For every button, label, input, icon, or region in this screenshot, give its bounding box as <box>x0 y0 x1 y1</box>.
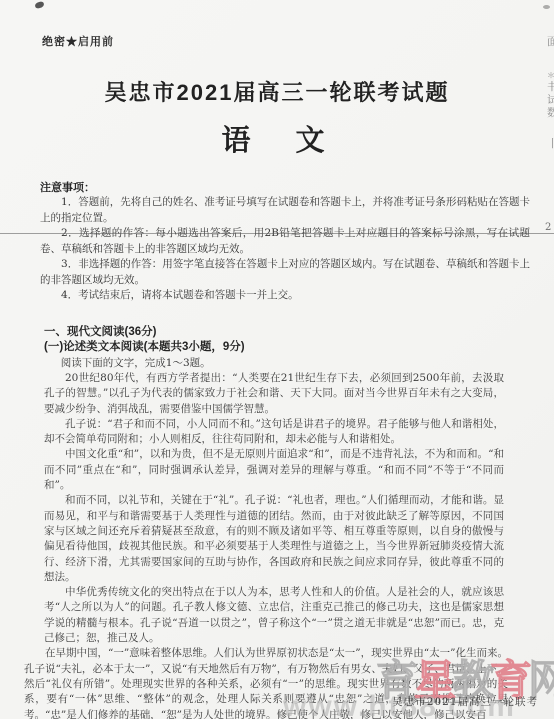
exam-title: 吴忠市2021届高三一轮联考试题 <box>0 76 554 107</box>
notice-item: 2．选择题的作答：每小题选出答案后，用2B铅笔把答题卡上对应题目的答案标号涂黑，… <box>40 226 530 257</box>
security-classification: 绝密★启用前 <box>42 33 554 49</box>
passage-paragraph: 中华优秀传统文化的突出特点在于以人为本，思考人性和人的价值。人是社会的人，就应该… <box>44 585 504 646</box>
notice-item: 1．答题前，先将自己的姓名、准考证号填写在试题卷和答题卡上，并将准考证号条形码粘… <box>40 195 530 226</box>
page-footer: 吴忠市2021届高三一轮联考 <box>0 694 538 709</box>
ink-speck-icon <box>543 5 550 9</box>
passage-paragraph: 20世纪80年代，有西方学者提出：“人类要在21世纪生存下去，必须回到2500年… <box>44 371 504 417</box>
adjacent-page-number: 2 <box>545 222 551 233</box>
passage-paragraph: 中国文化重“和”，以和为贵，但不是无原则片面追求“和”，而是不违背礼法，不为和而… <box>44 447 504 493</box>
page-edge-fragment: 数 <box>547 107 554 119</box>
scanned-exam-page: 面 ＊ 书 试 数 丨 2 育星教育网 www.ht88.com 绝密★启用前 … <box>0 0 554 719</box>
section-heading: 一、现代文阅读(36分) <box>44 325 504 341</box>
subject-title: 语 文 <box>0 118 554 159</box>
passage-paragraph: 和而不同，以礼节和，关键在于“礼”。孔子说：“礼也者，理也。”人们循理而动，才能… <box>44 493 504 585</box>
page-edge-fragment: 试 <box>547 94 554 106</box>
page-edge-fragment: 面 <box>547 36 554 48</box>
page-edge-fragment: 丨 <box>547 138 554 150</box>
ink-smudge-icon <box>34 1 44 9</box>
passage-paragraph: 孔子说：“君子和而不同，小人同而不和。”这句话是讲君子的境界。君子能够与他人和谐… <box>44 417 504 448</box>
notice-item: 4．考试结束后，请将本试题卷和答题卡一并上交。 <box>40 288 530 304</box>
notice-heading: 注意事项： <box>40 179 530 195</box>
page-edge-fragment: 书 <box>547 81 554 93</box>
scan-fold-line <box>0 233 554 234</box>
notice-item: 3．非选择题的作答：用签字笔直接答在答题卡上对应的答题区域内。写在试题卷、草稿纸… <box>40 257 530 288</box>
subsection-heading: (一)论述类文本阅读(本题共3小题，9分) <box>44 340 504 356</box>
passage-intro: 阅读下面的文字，完成1～3题。 <box>44 356 504 372</box>
notice-block: 注意事项： 1．答题前，先将自己的姓名、准考证号填写在试题卷和答题卡上，并将准考… <box>0 179 554 304</box>
